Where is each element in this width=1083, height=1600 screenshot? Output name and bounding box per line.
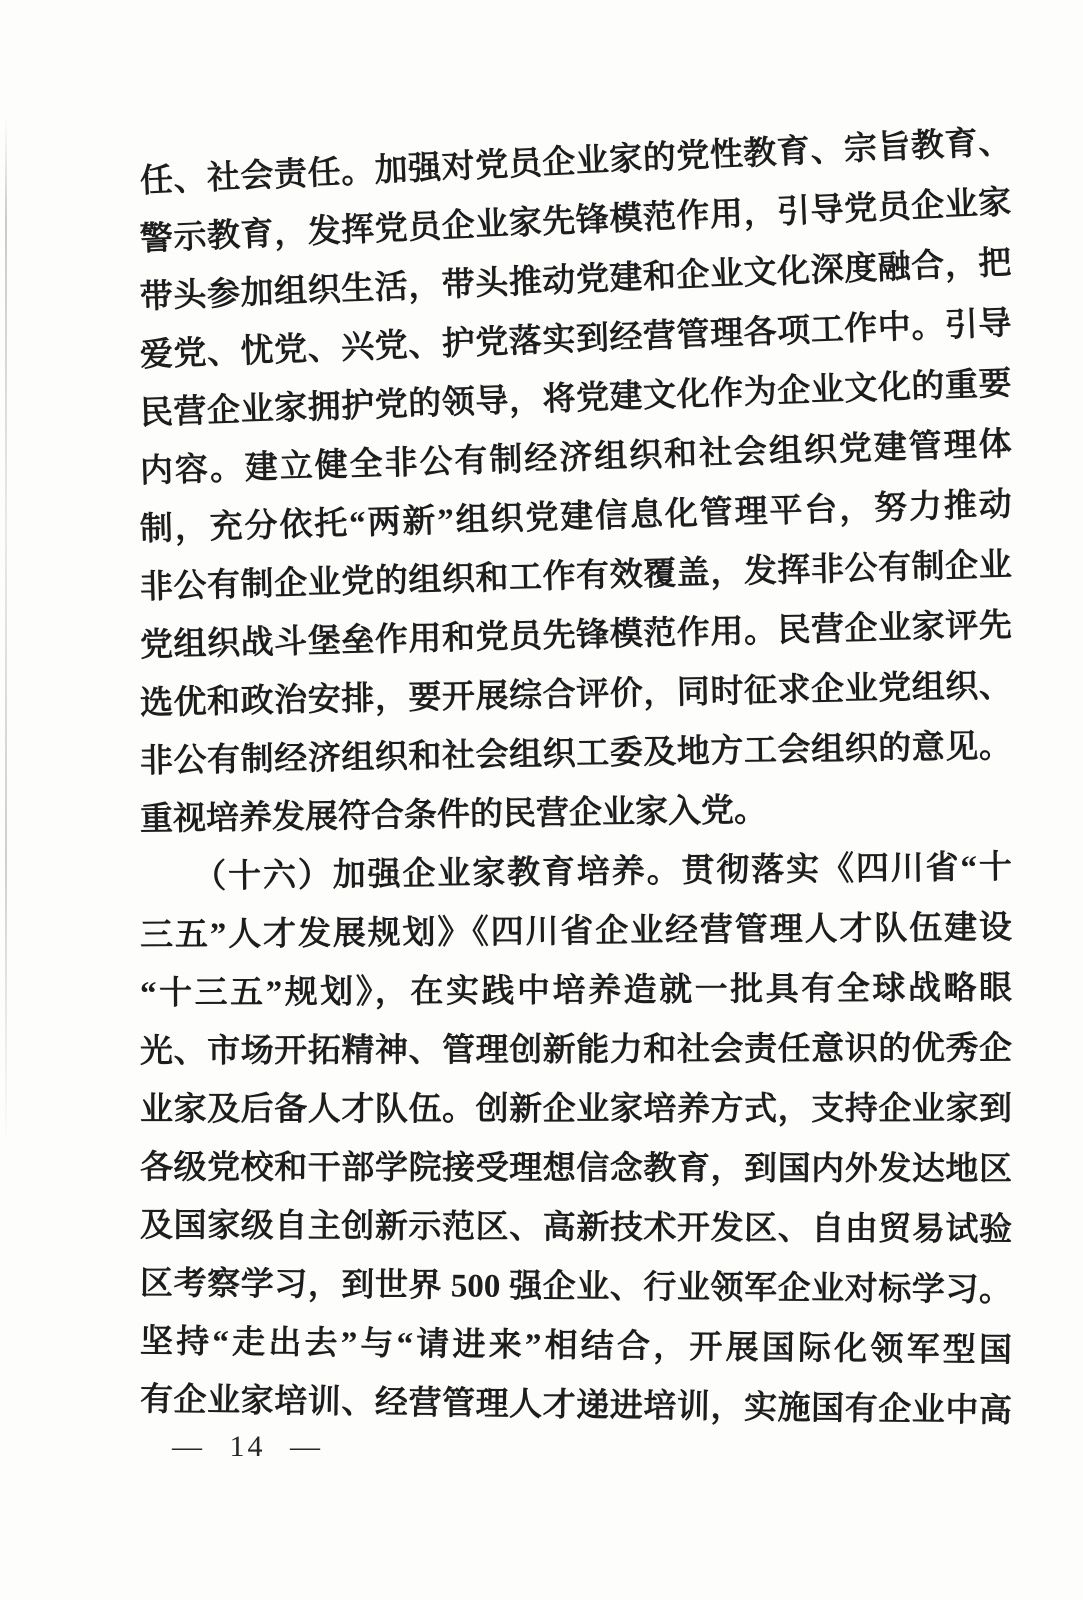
body-line: 各级党校和干部学院接受理想信念教育，到国内外发达地区	[140, 1139, 1012, 1199]
body-line-section-16-start: （十六）加强企业家教育培养。贯彻落实《四川省“十	[140, 839, 1013, 907]
body-line: “十三五”规划》，在实践中培养造就一批具有全球战略眼	[140, 960, 1012, 1023]
body-line: 区考察学习，到世界 500 强企业、行业领军企业对标学习。	[140, 1255, 1012, 1320]
body-line-paragraph-end: 重视培养发展符合条件的民营企业家入党。	[140, 778, 1013, 849]
page-footer: — 14 —	[172, 1430, 323, 1464]
body-line: 三五”人才发展规划》《四川省企业经营管理人才队伍建设	[140, 899, 1012, 965]
body-line: 光、市场开拓精神、管理创新能力和社会责任意识的优秀企	[140, 1020, 1012, 1081]
body-line: 业家及后备人才队伍。创新企业家培养方式，支持企业家到	[140, 1080, 1012, 1139]
document-page: 任、社会责任。加强对党员企业家的党性教育、宗旨教育、 警示教育，发挥党员企业家先…	[0, 0, 1083, 1600]
page-number: — 14 —	[172, 1430, 323, 1463]
body-line: 及国家级自主创新示范区、高新技术开发区、自由贸易试验	[140, 1197, 1012, 1259]
scan-artifact-streak	[5, 118, 7, 1148]
document-body: 任、社会责任。加强对党员企业家的党性教育、宗旨教育、 警示教育，发挥党员企业家先…	[140, 153, 1012, 1429]
body-line: 坚持“走出去”与“请进来”相结合，开展国际化领军型国	[140, 1313, 1013, 1380]
